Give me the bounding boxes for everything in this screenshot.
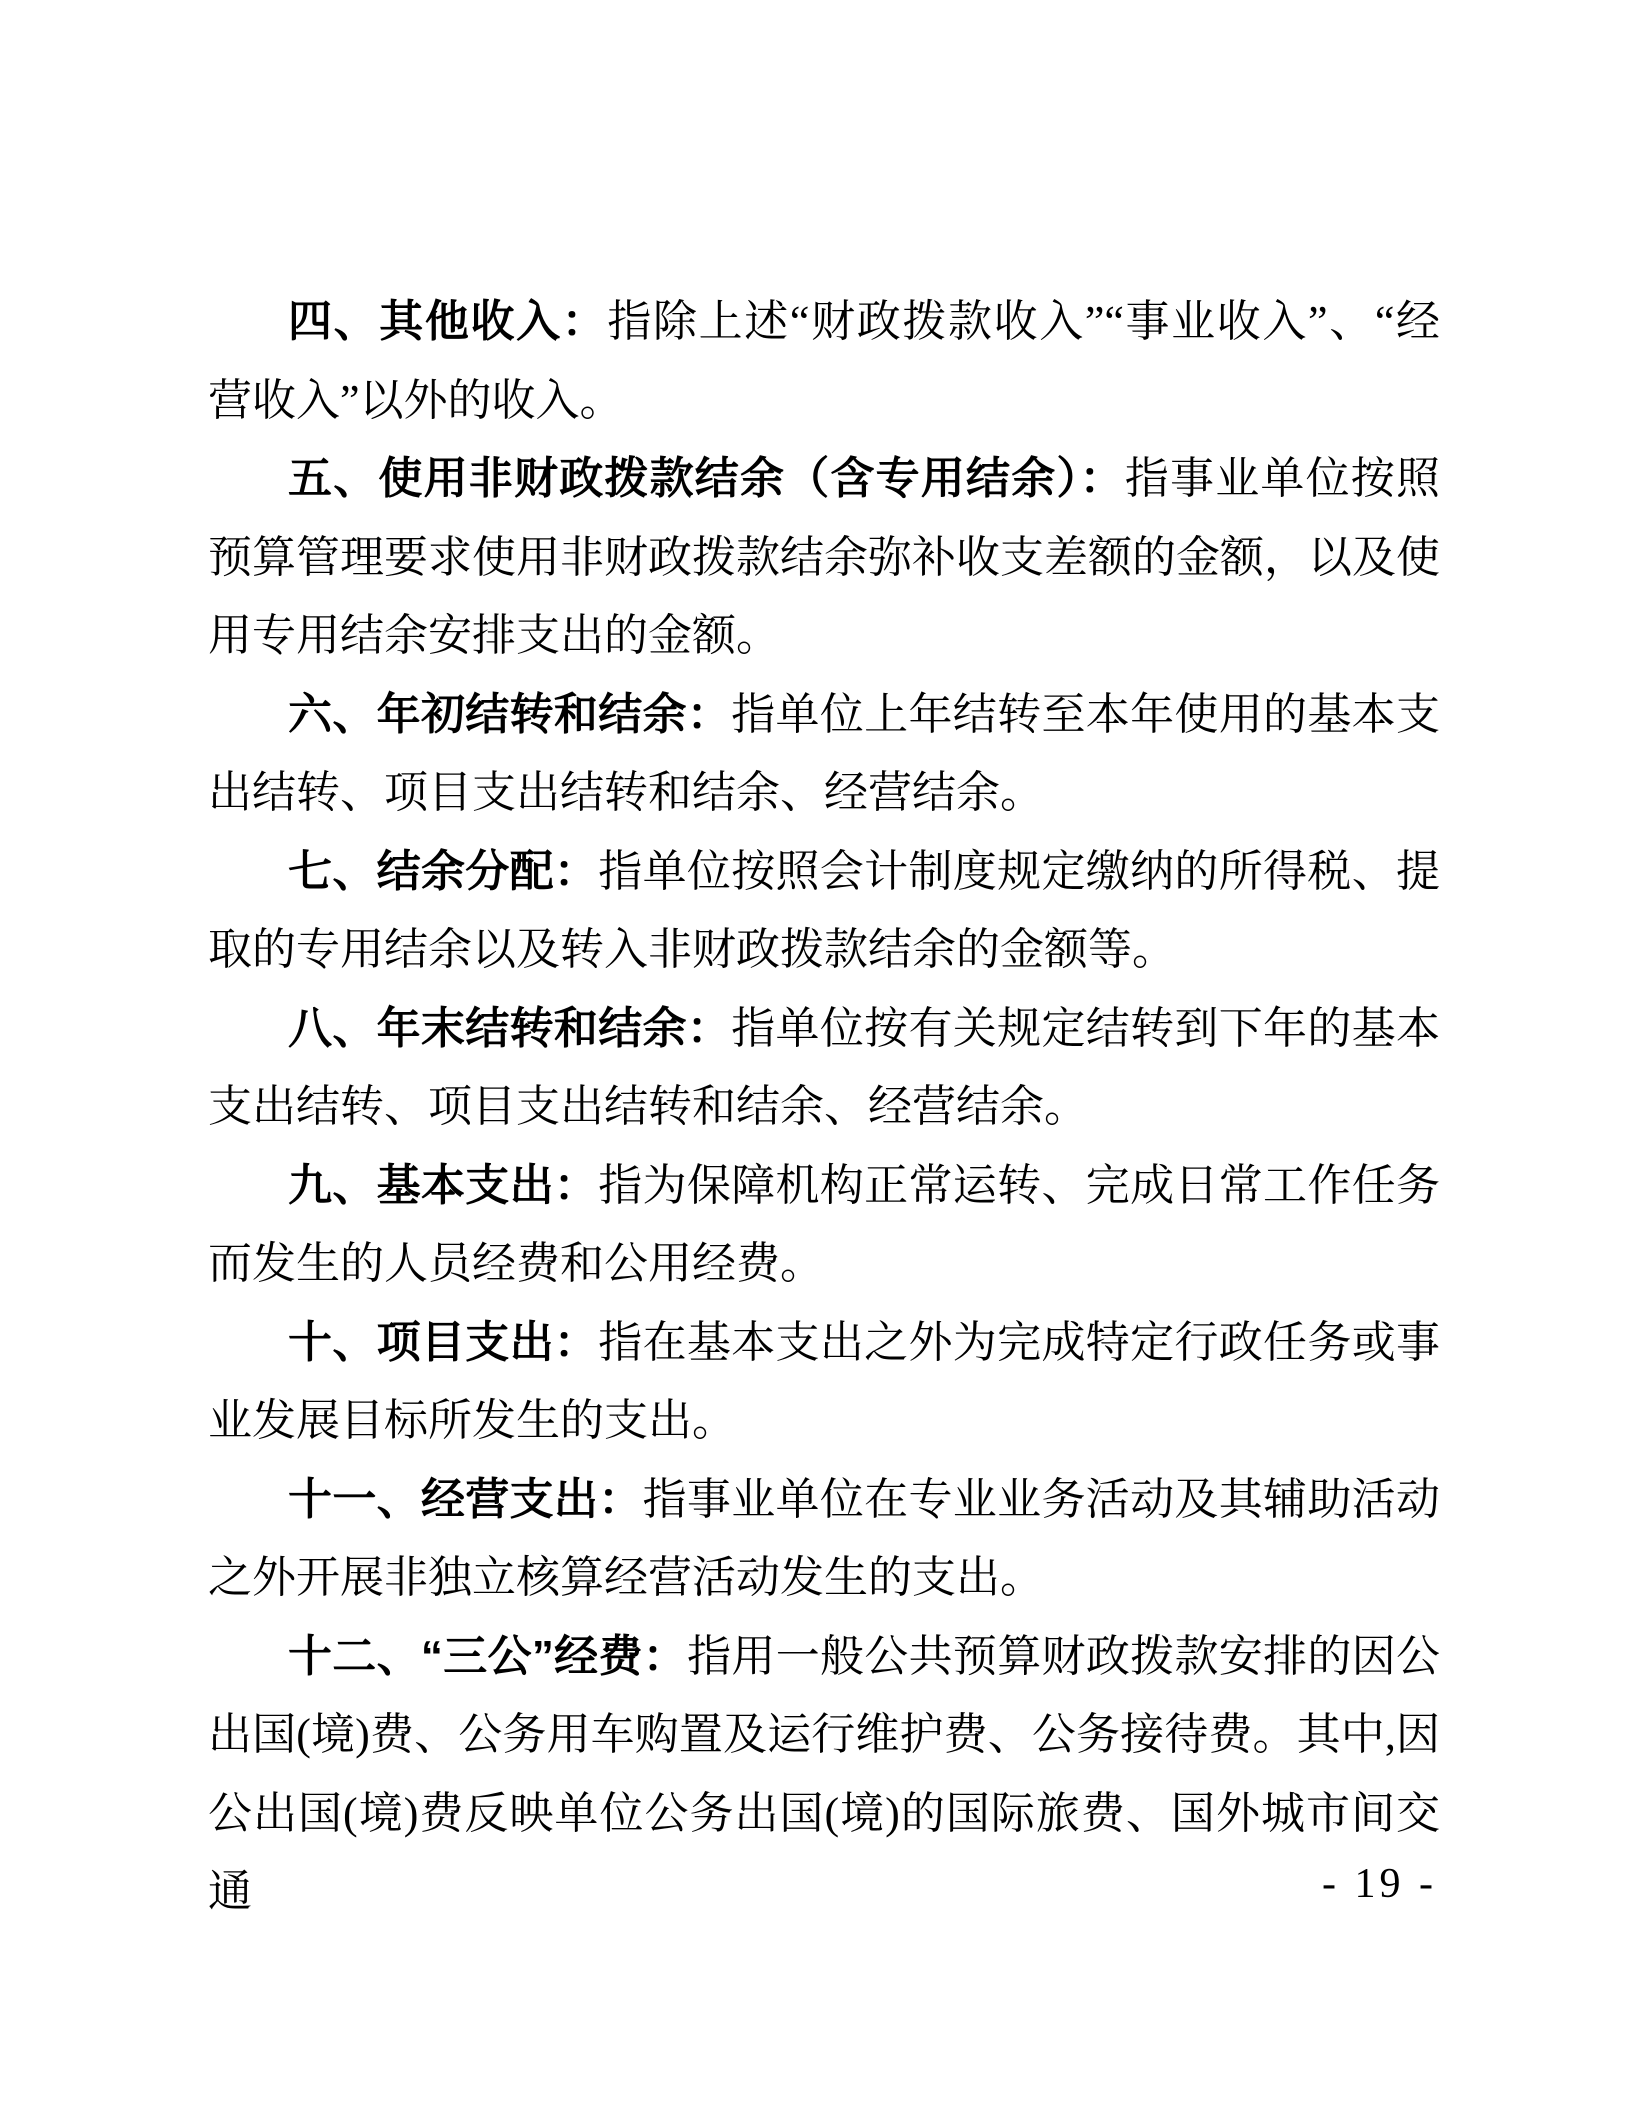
paragraph: 十一、经营支出：指事业单位在专业业务活动及其辅助活动之外开展非独立核算经营活动发… — [208, 1461, 1440, 1618]
document-page: { "page": { "background_color": "#ffffff… — [0, 0, 1632, 2112]
page-number: - 19 - — [1322, 1860, 1437, 1908]
paragraph: 八、年末结转和结余：指单位按有关规定结转到下年的基本支出结转、项目支出结转和结余… — [208, 990, 1440, 1147]
paragraph-heading: 十二、“三公”经费： — [288, 1632, 687, 1681]
paragraph-heading: 九、基本支出： — [288, 1161, 598, 1210]
paragraph: 九、基本支出：指为保障机构正常运转、完成日常工作任务而发生的人员经费和公用经费。 — [208, 1147, 1440, 1304]
paragraph-heading: 四、其他收入： — [288, 297, 607, 346]
paragraph: 六、年初结转和结余：指单位上年结转至本年使用的基本支出结转、项目支出结转和结余、… — [208, 676, 1440, 833]
paragraph: 十、项目支出：指在基本支出之外为完成特定行政任务或事业发展目标所发生的支出。 — [208, 1304, 1440, 1461]
paragraph-heading: 六、年初结转和结余： — [288, 690, 731, 739]
paragraph-heading: 十、项目支出： — [288, 1318, 598, 1367]
paragraph-heading: 七、结余分配： — [288, 847, 598, 896]
paragraph: 五、使用非财政拨款结余（含专用结余）：指事业单位按照预算管理要求使用非财政拨款结… — [208, 440, 1440, 676]
paragraph-heading: 十一、经营支出： — [288, 1475, 643, 1524]
paragraph: 四、其他收入：指除上述“财政拨款收入”“事业收入”、“经营收入”以外的收入。 — [208, 283, 1440, 440]
paragraph-heading: 五、使用非财政拨款结余（含专用结余）： — [288, 454, 1125, 503]
paragraph: 七、结余分配：指单位按照会计制度规定缴纳的所得税、提取的专用结余以及转入非财政拨… — [208, 833, 1440, 990]
document-body: 四、其他收入：指除上述“财政拨款收入”“事业收入”、“经营收入”以外的收入。 五… — [208, 283, 1440, 1932]
paragraph: 十二、“三公”经费：指用一般公共预算财政拨款安排的因公出国(境)费、公务用车购置… — [208, 1618, 1440, 1932]
paragraph-heading: 八、年末结转和结余： — [288, 1004, 731, 1053]
